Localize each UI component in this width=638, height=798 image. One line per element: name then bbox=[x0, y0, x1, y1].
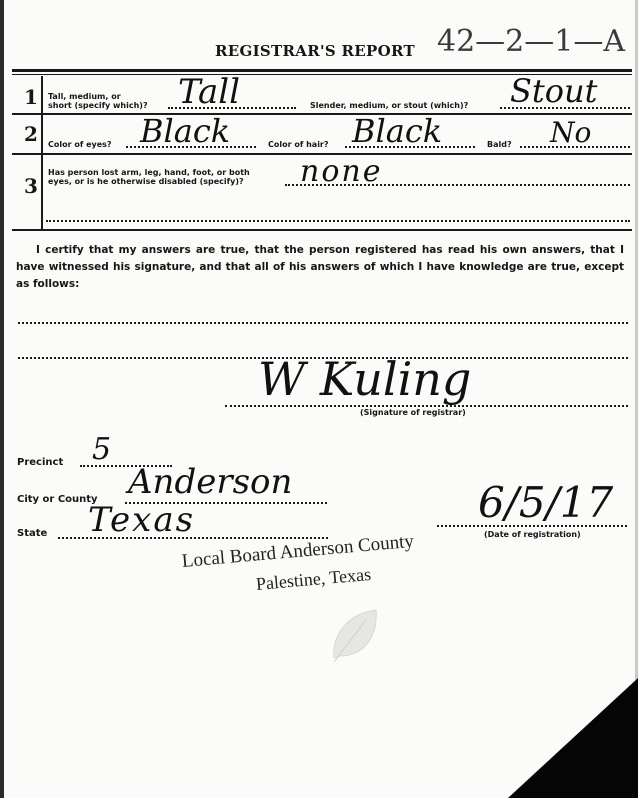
registration-date-caption: (Date of registration) bbox=[484, 530, 581, 539]
signature-caption: (Signature of registrar) bbox=[360, 408, 466, 417]
precinct-label: Precinct bbox=[17, 457, 63, 468]
bald-answer[interactable]: No bbox=[550, 116, 591, 149]
disability-answer[interactable]: none bbox=[300, 154, 382, 189]
row-number-2: 2 bbox=[24, 122, 38, 146]
registrar-report-page: REGISTRAR'S REPORT 42—2—1—A 1 Tall, medi… bbox=[0, 0, 638, 798]
bald-label: Bald? bbox=[487, 140, 512, 149]
registrar-signature[interactable]: W Kuling bbox=[258, 352, 471, 406]
exceptions-line-1 bbox=[18, 322, 628, 324]
disability-second-line bbox=[46, 220, 630, 222]
certification-text: I certify that my answers are true, that… bbox=[16, 242, 624, 293]
row-number-3: 3 bbox=[24, 174, 38, 198]
hair-color-label: Color of hair? bbox=[268, 140, 329, 149]
leaf-watermark-icon bbox=[326, 606, 382, 664]
registration-date-value[interactable]: 6/5/17 bbox=[478, 478, 613, 527]
disability-label-line2: eyes, or is he otherwise disabled (speci… bbox=[48, 177, 244, 186]
local-board-stamp-line2: Palestine, Texas bbox=[255, 564, 372, 595]
precinct-value[interactable]: 5 bbox=[92, 432, 111, 467]
eye-color-label: Color of eyes? bbox=[48, 140, 112, 149]
row-divider-1 bbox=[12, 113, 632, 115]
hair-color-answer[interactable]: Black bbox=[352, 112, 442, 150]
state-label: State bbox=[17, 528, 47, 539]
document-title: REGISTRAR'S REPORT bbox=[215, 42, 415, 60]
build-label: Slender, medium, or stout (which)? bbox=[310, 101, 468, 110]
disability-label-line1: Has person lost arm, leg, hand, foot, or… bbox=[48, 168, 250, 177]
build-answer[interactable]: Stout bbox=[510, 72, 598, 110]
height-answer[interactable]: Tall bbox=[178, 72, 240, 112]
folded-corner bbox=[508, 678, 638, 798]
certification-statement: I certify that my answers are true, that… bbox=[16, 242, 624, 293]
table-bottom-rule bbox=[12, 229, 632, 231]
height-label-line1: Tall, medium, or bbox=[48, 92, 121, 101]
row-number-1: 1 bbox=[24, 85, 38, 109]
serial-number: 42—2—1—A bbox=[437, 24, 625, 59]
county-value[interactable]: Anderson bbox=[128, 462, 292, 502]
scan-left-edge bbox=[0, 0, 4, 798]
county-label: City or County bbox=[17, 494, 98, 505]
eye-color-answer[interactable]: Black bbox=[140, 112, 230, 150]
state-value[interactable]: Texas bbox=[88, 500, 195, 540]
height-label-line2: short (specify which)? bbox=[48, 101, 148, 110]
